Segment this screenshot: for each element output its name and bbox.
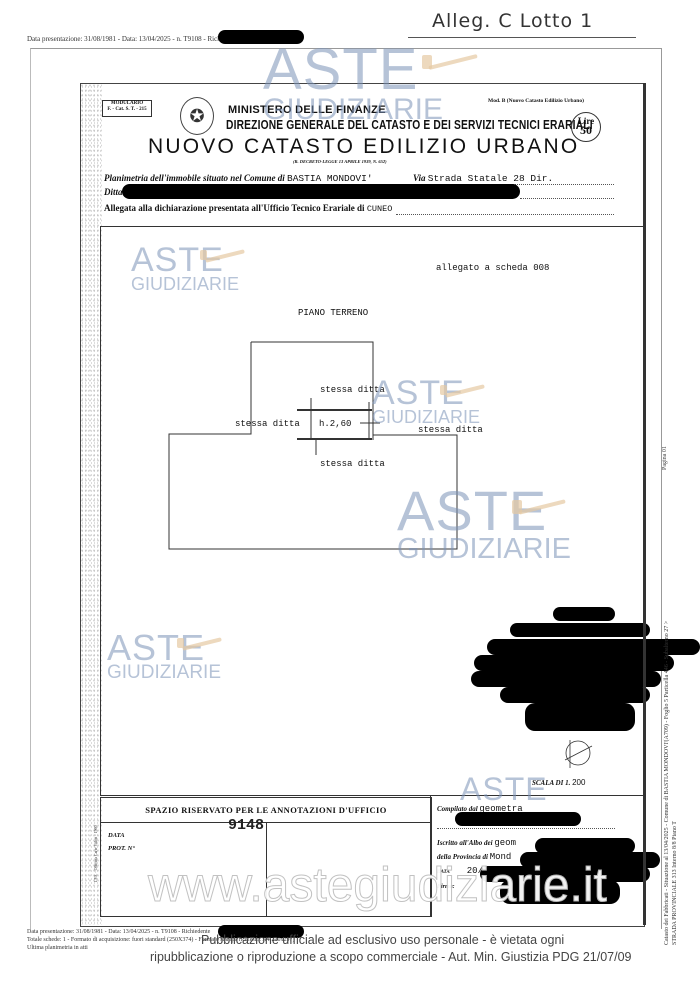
- aste-watermark: ASTE GIUDIZIARIE: [131, 245, 239, 292]
- aste-watermark: ASTE GIUDIZIARIE: [372, 378, 480, 425]
- redaction-blob: [500, 687, 650, 703]
- site-watermark: www.astegiudiziarie.it: [148, 858, 607, 913]
- floor-label: PIANO TERRENO: [298, 308, 368, 318]
- watermark-brand-top: ASTE: [107, 632, 221, 664]
- footer-line1: Data presentazione: 31/08/1981 - Data: 1…: [27, 929, 210, 935]
- iscritto-label: Iscritto all'Albo dei: [437, 839, 493, 847]
- office-title: SPAZIO RISERVATO PER LE ANNOTAZIONI D'UF…: [101, 798, 431, 823]
- neighbor-bottom: stessa ditta: [320, 459, 385, 469]
- usage-notice-line1: Pubblicazione ufficiale ad esclusivo uso…: [201, 933, 564, 947]
- watermark-brand-bottom: GIUDIZIARIE: [131, 276, 239, 292]
- watermark-brand-top: ASTE: [397, 486, 571, 536]
- redaction-compiler: [455, 812, 581, 826]
- aste-watermark: ASTE GIUDIZIARIE: [107, 632, 221, 681]
- redaction-blob: [553, 607, 615, 621]
- watermark-brand-bottom: GIUDIZIARIE: [372, 409, 480, 425]
- footer-line3: Ultima planimetria in atti: [27, 945, 88, 951]
- printer-mark: I.P.S. - Officina Carte Valori - 1960: [93, 825, 98, 882]
- watermark-brand-bottom: GIUDIZIARIE: [107, 664, 221, 681]
- watermark-brand-top: ASTE: [460, 775, 548, 804]
- iscritto-row: Iscritto all'Albo dei geom: [437, 838, 516, 848]
- scheda-reference: allegato a scheda 008: [436, 263, 549, 273]
- office-prot-label: PROT. N°: [108, 845, 135, 852]
- right-margin-line2: STRADA PROVINCIALE 313 Interno 8/8 Piano…: [672, 821, 678, 945]
- aste-watermark: ASTE GIUDIZIARIE: [397, 486, 571, 562]
- aste-watermark: ASTE GIUDIZIARIE: [263, 44, 443, 123]
- redaction-blob: [471, 671, 661, 687]
- page-label: Pagina 01: [662, 446, 668, 470]
- redaction-blob: [510, 623, 650, 637]
- usage-notice-line2: ripubblicazione o riproduzione a scopo c…: [150, 950, 632, 964]
- watermark-brand-bottom: GIUDIZIARIE: [263, 96, 443, 123]
- sheet-right-edge: [643, 83, 646, 925]
- dotted-line: [437, 828, 615, 829]
- watermark-brand-bottom: GIUDIZIARIE: [397, 536, 571, 562]
- watermark-brand-top: ASTE: [263, 44, 443, 96]
- protocol-number: 9148: [228, 817, 264, 834]
- neighbor-left: stessa ditta: [235, 419, 300, 429]
- scale-value: 200: [572, 778, 585, 787]
- iscritto-value: geom: [494, 838, 516, 848]
- office-data-label: DATA: [108, 832, 125, 839]
- watermark-brand-top: ASTE: [131, 245, 239, 276]
- right-margin-line1: Catasto dei Fabbricati - Situazione al 1…: [664, 621, 670, 945]
- room-height: h.2,60: [319, 419, 351, 429]
- redaction-blob: [525, 703, 635, 731]
- aste-watermark: ASTE: [460, 775, 548, 804]
